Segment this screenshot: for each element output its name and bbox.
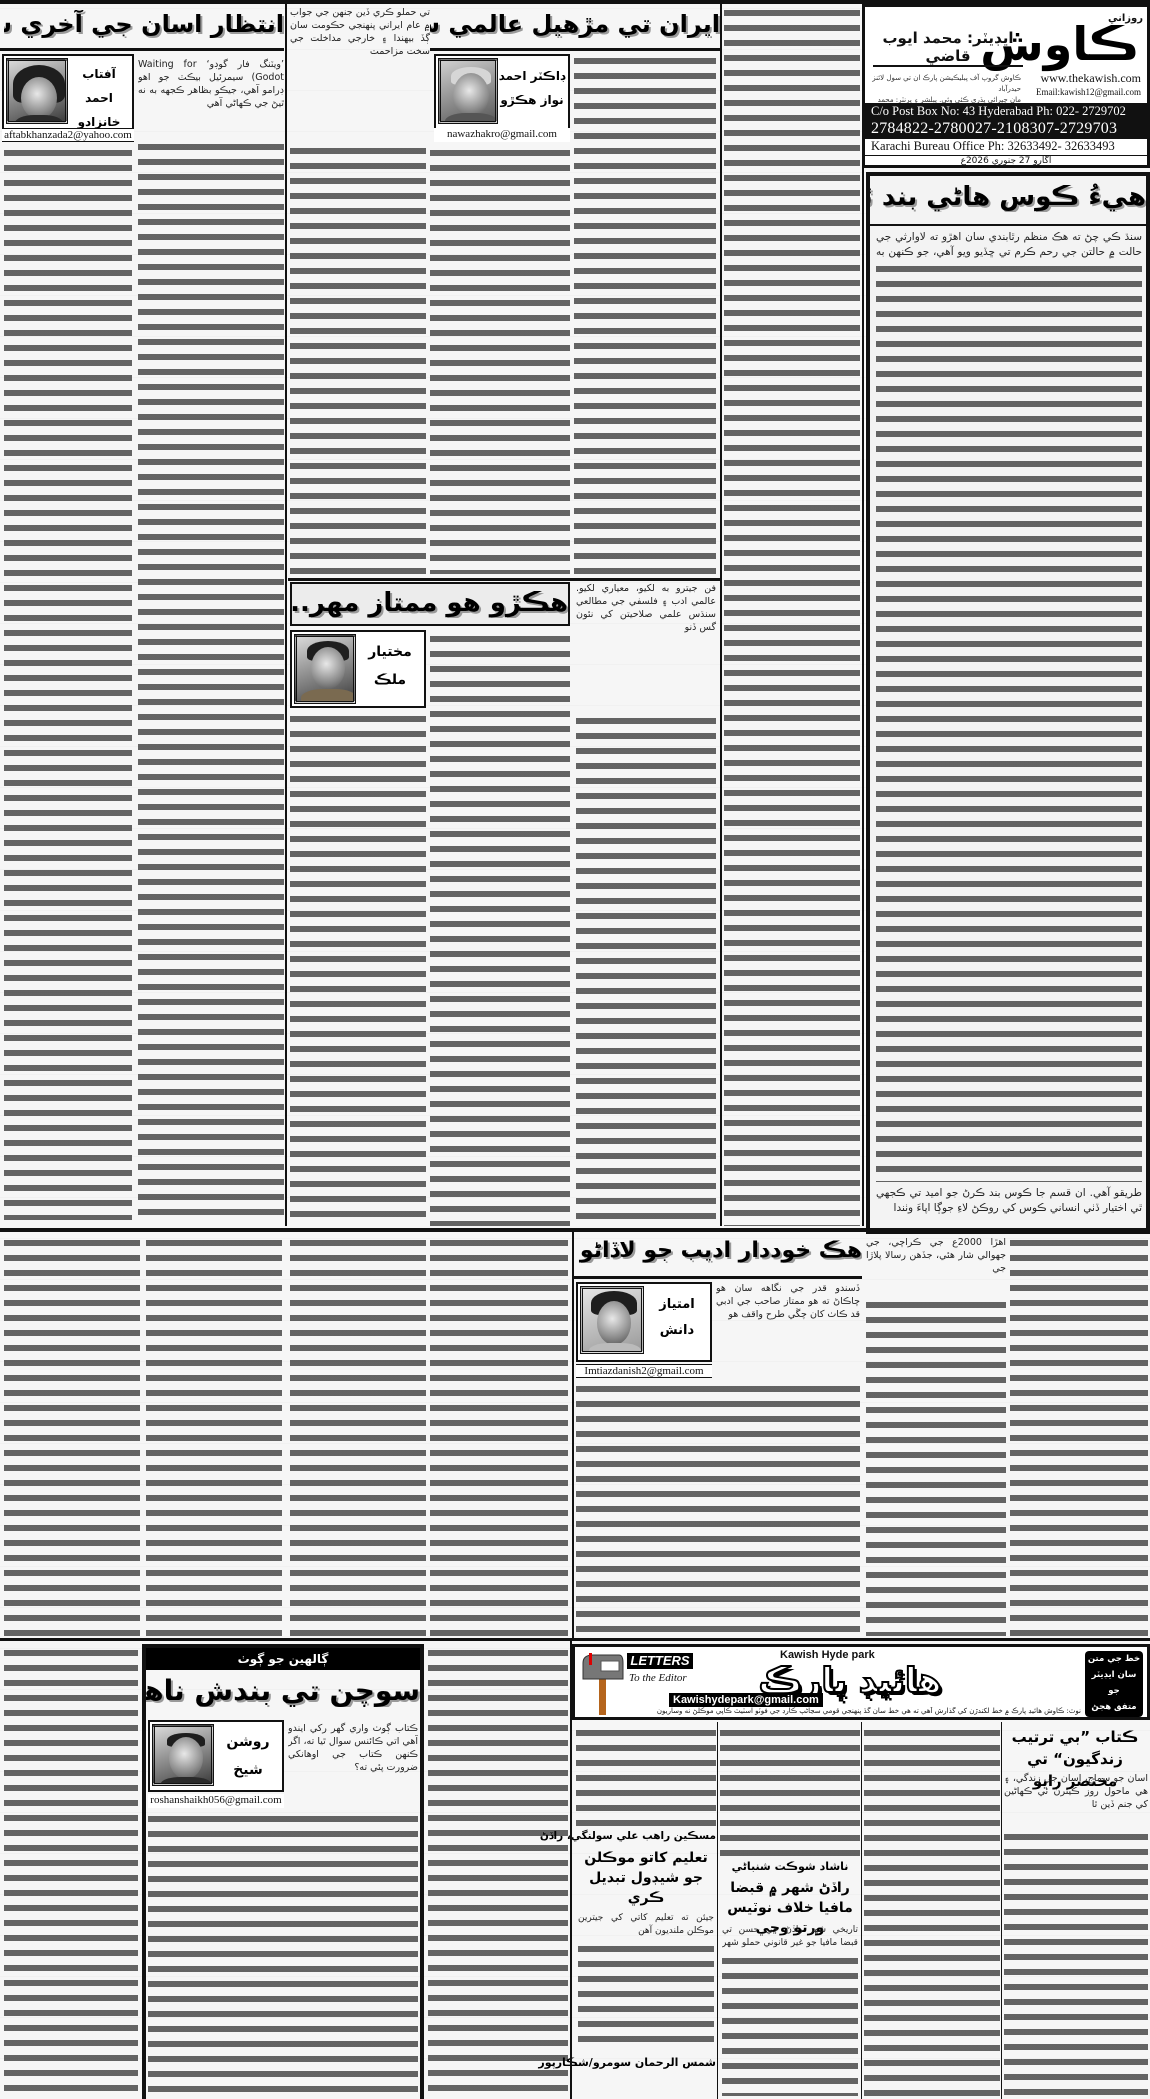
letter-body-text bbox=[1004, 1830, 1148, 2096]
author-email[interactable]: nawazhakro@gmail.com bbox=[434, 128, 570, 142]
editorial-lead: سنڌ ڪي چڻ ته هڪ منظم رٿابندي سان اهڙو ته… bbox=[876, 230, 1142, 260]
author-email[interactable]: Imtiazdanish2@gmail.com bbox=[576, 1364, 712, 1378]
article-body-text bbox=[1010, 1236, 1148, 1636]
issue-date: اڱارو 27 جنوري 2026ع bbox=[865, 156, 1147, 168]
author-box-sochan: روشن شيخ bbox=[148, 1720, 284, 1792]
column-rule bbox=[717, 1722, 718, 2099]
headline-box: هڪڙو هو ممتاز مهر.....!! bbox=[290, 582, 570, 626]
letter-author: ناشاد شوڪت شنباڻي bbox=[720, 1860, 860, 1873]
author-name: روشن شيخ bbox=[216, 1728, 280, 1784]
newspaper-page: روزاني ڪاوش ايڊيٽر: محمد ايوب قاضي www.t… bbox=[0, 0, 1150, 2099]
masthead: روزاني ڪاوش ايڊيٽر: محمد ايوب قاضي www.t… bbox=[862, 4, 1150, 168]
author-box-iran: ڊاڪٽر احمد نواز هڪڙو bbox=[434, 54, 570, 134]
article-body-text bbox=[430, 1236, 568, 1636]
editorial-closing: طريقو آهي. ان قسم جا ڪوس بند ڪرڻ جو اميد… bbox=[876, 1186, 1142, 1228]
letters-banner: LETTERS To the Editor Kawish Hyde park ه… bbox=[572, 1644, 1150, 1720]
article-body-text bbox=[290, 144, 426, 574]
to-the-editor: To the Editor bbox=[629, 1672, 687, 1684]
author-name-line: شيخ bbox=[216, 1756, 280, 1784]
column-rule bbox=[285, 4, 287, 1226]
article-body-text bbox=[430, 632, 570, 1226]
bureau-line: Karachi Bureau Office Ph: 32633492- 3263… bbox=[865, 139, 1147, 156]
column-rule bbox=[572, 1232, 574, 1640]
article-headline-godot: انتظار اسان جي آخري سڃاڻپ بڻجي چڪو آهي bbox=[4, 10, 284, 38]
disclaimer-line: خط جي متن bbox=[1085, 1651, 1143, 1667]
article-body-text bbox=[428, 1646, 568, 2096]
article-headline-mumtaz: هڪڙو هو ممتاز مهر.....!! bbox=[292, 588, 568, 618]
divider bbox=[0, 48, 284, 51]
letter-author: مسڪين راهب علي سولنگي، راڏڻ bbox=[576, 1830, 716, 1842]
article-body-text bbox=[574, 54, 716, 574]
section-divider bbox=[0, 1638, 1150, 1641]
phone-numbers: 2784822-2780027-2108307-2729703 bbox=[865, 120, 1147, 138]
author-photo bbox=[152, 1724, 214, 1786]
article-body-text bbox=[430, 146, 570, 574]
letter-lead: تاريخي شهر راڏڻ جي حسن تي قبضا مافيا جو … bbox=[722, 1924, 858, 1952]
author-name-line: ڊاڪٽر احمد bbox=[498, 64, 566, 88]
article-body-text bbox=[290, 1236, 426, 1636]
article-box-sochan: ڳالهين جو ڳوٺ سوچن تي بندش ناهي... روشن … bbox=[142, 1644, 424, 2099]
article-body-text bbox=[866, 1298, 1006, 1636]
masthead-email[interactable]: Email:kawish12@gmail.com bbox=[1036, 87, 1141, 97]
column-rule bbox=[1001, 1722, 1002, 2099]
article-body-text bbox=[146, 1236, 282, 1636]
author-name: مختيار ملڪ bbox=[358, 638, 422, 694]
editorial-body-text bbox=[876, 262, 1142, 1182]
author-name-line: مختيار bbox=[358, 638, 422, 666]
author-name-line: دانش bbox=[646, 1318, 708, 1344]
letter-body-text bbox=[576, 1726, 716, 1826]
author-photo bbox=[6, 58, 68, 124]
author-name-line: آفتاب احمد bbox=[68, 62, 130, 110]
column-rule bbox=[720, 4, 722, 1226]
article-body-text bbox=[138, 140, 284, 1220]
article-body-text bbox=[4, 1236, 140, 1636]
article-body-text bbox=[724, 6, 860, 1226]
contact-band: C/o Post Box No: 43 Hyderabad Ph: 022- 2… bbox=[865, 103, 1147, 139]
article-body-text bbox=[4, 146, 132, 1220]
article-body-text bbox=[4, 1646, 138, 2096]
letter-headline: تعليم کاتو موڪلن جو شيڊول تبديل ڪري bbox=[576, 1848, 716, 1908]
editorial-headline: هيءُ ڪوس هاڻي بند ٿيڻ گهرجي bbox=[870, 182, 1146, 212]
masthead-editor: ايڊيٽر: محمد ايوب قاضي bbox=[873, 29, 1023, 65]
postbox-line: C/o Post Box No: 43 Hyderabad Ph: 022- 2… bbox=[865, 103, 1147, 120]
author-photo bbox=[438, 58, 498, 124]
article-lead: ڏسندو قدر جي نگاهه سان هو چاڪاڻ ته هو مم… bbox=[716, 1282, 860, 1378]
continuation-lead: اهڙا 2000ع جي ڪراچي، جي جهوالي شار هئي، … bbox=[866, 1236, 1006, 1296]
letters-note: نوٽ: ڪاوش هائيڊ پارڪ ۾ خط لکندڙن کي گذار… bbox=[579, 1707, 1081, 1715]
author-name: امتياز دانش bbox=[646, 1292, 708, 1344]
section-divider bbox=[0, 1228, 1150, 1232]
mailbox-icon bbox=[581, 1653, 625, 1715]
article-lead: فن جيترو به لکيو، معياري لکيو. عالمي ادب… bbox=[576, 582, 716, 712]
letter-body-text bbox=[578, 1942, 714, 2042]
author-photo bbox=[294, 634, 356, 704]
author-box-godot: آفتاب احمد خانزادو bbox=[2, 54, 134, 134]
letters-label: LETTERS bbox=[627, 1653, 693, 1669]
divider bbox=[574, 1276, 862, 1279]
author-name-line: امتياز bbox=[646, 1292, 708, 1318]
letter-lead: جيئن ته تعليم کاتي کي جيترين موڪلن ملندي… bbox=[578, 1912, 714, 1940]
article-body-text bbox=[290, 712, 426, 1226]
divider bbox=[430, 48, 720, 51]
author-photo bbox=[580, 1286, 644, 1354]
disclaimer-line: ضروري ناهي bbox=[1085, 1715, 1143, 1720]
letter-body-text bbox=[722, 1954, 858, 2096]
article-lead: ڪتاب ڳوٺ واري گهر رکي ايندو آهي اتي ڪائن… bbox=[288, 1722, 418, 1810]
hyde-park-title-en: Kawish Hyde park bbox=[780, 1649, 875, 1661]
author-name: ڊاڪٽر احمد نواز هڪڙو bbox=[498, 64, 566, 112]
divider bbox=[288, 578, 720, 581]
website-link[interactable]: www.thekawish.com bbox=[1040, 71, 1141, 86]
author-name-line: نواز هڪڙو bbox=[498, 88, 566, 112]
article-body-text bbox=[148, 1812, 418, 2098]
divider bbox=[873, 65, 1023, 67]
article-body-text bbox=[576, 714, 716, 1226]
article-body-text bbox=[576, 1382, 860, 1636]
author-email[interactable]: aftabkhanzada2@yahoo.com bbox=[2, 128, 134, 142]
letter-body-text bbox=[864, 1726, 1000, 2096]
author-name-line: روشن bbox=[216, 1728, 280, 1756]
divider bbox=[870, 224, 1146, 226]
disclaimer-badge: خط جي متن سان ايڊيٽر جو متفق هجڻ ضروري ن… bbox=[1085, 1651, 1143, 1717]
column-kicker: ڳالهين جو ڳوٺ bbox=[146, 1648, 420, 1670]
article-headline-sochan: سوچن تي بندش ناهي... bbox=[146, 1674, 420, 1707]
disclaimer-line: سان ايڊيٽر جو bbox=[1085, 1667, 1143, 1699]
publisher-line: ڪاوش گروپ آف پبليڪيشن پارڪ ان تي سول لائ… bbox=[871, 73, 1021, 95]
column-rule bbox=[570, 1640, 572, 2099]
letter-body-text bbox=[720, 1726, 860, 1856]
author-box-khuddar: امتياز دانش bbox=[576, 1282, 712, 1362]
hyde-park-email[interactable]: Kawishydepark@gmail.com bbox=[669, 1693, 823, 1707]
column-rule bbox=[861, 1722, 862, 2099]
letter-lead: اسان جو سماج، اسان جي زندگي، ۽ هي ماحول … bbox=[1004, 1772, 1148, 1828]
author-box-mumtaz: مختيار ملڪ bbox=[290, 630, 426, 708]
editorial-box: هيءُ ڪوس هاڻي بند ٿيڻ گهرجي سنڌ ڪي چڻ ته… bbox=[866, 172, 1150, 1234]
article-lead: تي حملو ڪري ڏين جنهن جي جواب ۾ عام ايران… bbox=[290, 6, 430, 142]
article-lead: ’ويٽنگ فار گوڊو‘ Waiting for Godot) سيمر… bbox=[138, 58, 284, 138]
author-name: آفتاب احمد خانزادو bbox=[68, 62, 130, 134]
article-headline-khuddar: هڪ خوددار اديب جو لاڏاڻو ۽ ادبي بي حسي bbox=[574, 1238, 862, 1263]
letter-signature: شمس الرحمان سومرو/شڪارپور bbox=[576, 2056, 716, 2069]
article-headline-iran: ايران تي مڙهيل عالمي سامراجي جنگ! bbox=[430, 10, 720, 38]
author-name-line: ملڪ bbox=[358, 666, 422, 694]
author-email[interactable]: roshanshaikh056@gmail.com bbox=[148, 1794, 284, 1808]
column-rule bbox=[862, 168, 864, 1226]
disclaimer-line: متفق هجڻ bbox=[1085, 1699, 1143, 1715]
